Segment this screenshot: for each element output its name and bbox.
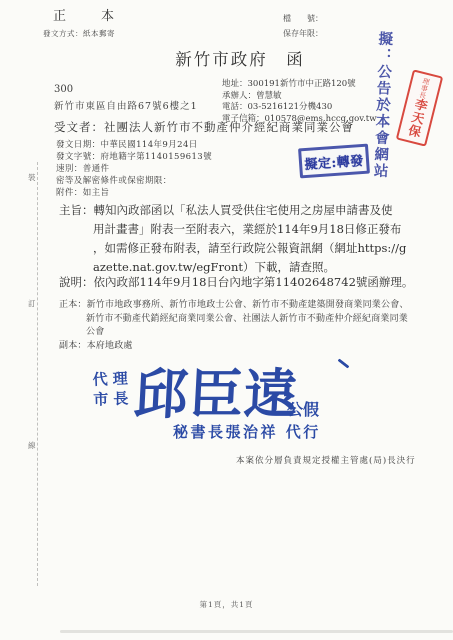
original-copy-list: 公會 [59,326,409,340]
deputy-signature-line: 秘書長張治祥 代行 [173,421,321,442]
binding-mark: 訂 [28,298,36,309]
retention-period-label: 保存年限： [283,28,323,39]
copy-type-label: 正 本 [53,5,125,24]
delivery-method-label: 發文方式：紙本郵寄 [43,28,115,39]
issue-number: 發文字號：府地籍字第1140159613號 [56,151,212,163]
speed-class: 速別：普通件 [56,163,212,175]
page-number-footer: 第1頁，共1頁 [0,599,453,610]
signature-title-line: 代理 [92,368,133,389]
agency-contact-person: 承辦人：曾慧敏 [222,91,377,103]
mayor-signature: 邱臣遠 [132,352,301,429]
issue-date: 發文日期：中華民國114年9月24日 [56,139,212,151]
seal-name: 李天保 [405,97,429,140]
document-title: 新竹市政府 函 [140,46,340,70]
original-copy-list: 新竹市不動產代銷經紀商業同業公會、社團法人新竹市不動產仲介經紀商業同業 [59,313,409,327]
signature-title: 代理 市長 [92,368,133,409]
agency-address: 地址：300191新竹市中正路120號 [222,79,377,91]
carbon-copy-list: 副本：本府地政處 [59,340,409,354]
security-class: 密等及解密條件或保密期限： [56,175,212,187]
scanned-official-letter: 正 本 發文方式：紙本郵寄 檔 號： 保存年限： 新竹市政府 函 地址：3001… [0,0,453,640]
signature-status: 公假 [287,397,319,420]
handwritten-annotation: 擬：公告於本會網站 [369,31,395,180]
binding-mark: 線 [28,440,36,451]
document-meta-block: 發文日期：中華民國114年9月24日 發文字號：府地籍字第1140159613號… [56,139,212,199]
recipient-line: 受文者：社團法人新竹市不動產仲介經紀商業同業公會 [54,119,354,135]
original-copy-list: 正本：新竹市地政事務所、新竹市地政士公會、新竹市不動產建築開發商業同業公會、 [59,299,409,313]
recipient-address: 新竹市東區自由路67號6樓之1 [54,98,198,112]
subject-line: 主旨：轉知內政部函以「私法人買受供住宅使用之房屋申請書及使 [59,201,406,220]
recipient-zip: 300 [54,84,73,95]
authorization-note: 本案依分層負責規定授權主管處(局)長決行 [236,454,416,466]
chairman-seal-text: 理事長李天保 [404,76,434,140]
subject-line: 用計畫書」附表一至附表六，業經於114年9月18日修正發布 [59,220,406,239]
ink-stroke [337,358,349,368]
scan-edge-artifact [60,630,453,633]
distribution-block: 正本：新竹市地政事務所、新竹市地政士公會、新竹市不動產建築開發商業同業公會、 新… [59,299,409,353]
seal-title: 理事長 [418,77,431,99]
subject-paragraph: 主旨：轉知內政部函以「私法人買受供住宅使用之房屋申請書及使 用計畫書」附表一至附… [59,201,406,277]
subject-line: ，如需修正發布附表，請至行政院公報資訊網（網址https://g [59,239,406,258]
attachment-note: 附件：如主旨 [56,187,212,199]
file-number-label: 檔 號： [283,13,323,24]
binding-dashed-line [37,162,38,586]
chairman-seal-stamp: 理事長李天保 [396,69,443,146]
binding-mark: 裝 [28,172,36,183]
forward-decision-stamp: 擬定:轉發 [298,144,370,179]
explanation-line: 說明：依內政部114年9月18日台內地字第11402648742號函辦理。 [59,274,413,290]
agency-phone: 電話：03-5216121分機430 [222,102,377,114]
signature-title-line: 市長 [93,388,134,409]
